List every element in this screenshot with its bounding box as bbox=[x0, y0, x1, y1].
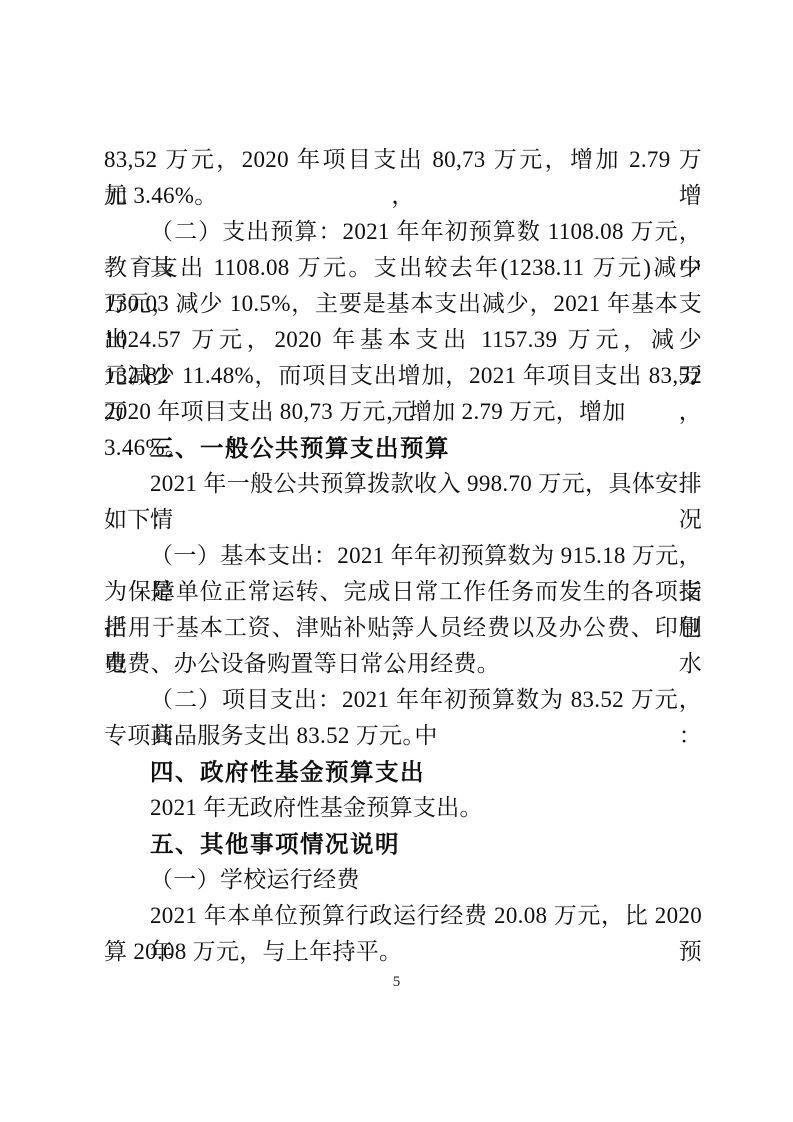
text-line: （二）支出预算：2021 年年初预算数 1108.08 万元，其中 bbox=[104, 214, 702, 250]
text-line: （一）基本支出：2021 年年初预算数为 915.18 万元，是指 bbox=[104, 538, 702, 574]
heading-line: 五、其他事项情况说明 bbox=[104, 826, 702, 862]
text-line: 元减少 11.48%，而项目支出增加，2021 年项目支出 83,52 万元， bbox=[104, 358, 702, 394]
text-line: 万元，减少 10.5%，主要是基本支出减少，2021 年基本支出 bbox=[104, 286, 702, 322]
text-line: 83,52 万元，2020 年项目支出 80,73 万元，增加 2.79 万元，… bbox=[104, 142, 702, 178]
text-line: （一）学校运行经费 bbox=[104, 862, 702, 898]
text-line: 2021 年一般公共预算拨款收入 998.70 万元，具体安排情况 bbox=[104, 466, 702, 502]
heading-line: 四、政府性基金预算支出 bbox=[104, 754, 702, 790]
document-content: 83,52 万元，2020 年项目支出 80,73 万元，增加 2.79 万元，… bbox=[104, 142, 702, 970]
text-line: 1024.57 万元，2020 年基本支出 1157.39 万元，减少 132.… bbox=[104, 322, 702, 358]
heading-line: 三、一般公共预算支出预算 bbox=[104, 430, 702, 466]
text-line: （二）项目支出：2021 年年初预算数为 83.52 万元，其中： bbox=[104, 682, 702, 718]
text-line: 括用于基本工资、津贴补贴等人员经费以及办公费、印刷费、水 bbox=[104, 610, 702, 646]
page-number: 5 bbox=[0, 971, 793, 993]
text-line: 2021 年本单位预算行政运行经费 20.08 万元，比 2020 年预 bbox=[104, 898, 702, 934]
text-line: 教育支出 1108.08 万元。支出较去年(1238.11 万元)减少 130.… bbox=[104, 250, 702, 286]
document-page: 83,52 万元，2020 年项目支出 80,73 万元，增加 2.79 万元，… bbox=[0, 0, 793, 1122]
text-line: 2021 年无政府性基金预算支出。 bbox=[104, 790, 702, 826]
text-line: 为保障单位正常运转、完成日常工作任务而发生的各项支出，包 bbox=[104, 574, 702, 610]
text-line: 2020 年项目支出 80,73 万元，增加 2.79 万元，增加 3.46%。 bbox=[104, 394, 702, 430]
